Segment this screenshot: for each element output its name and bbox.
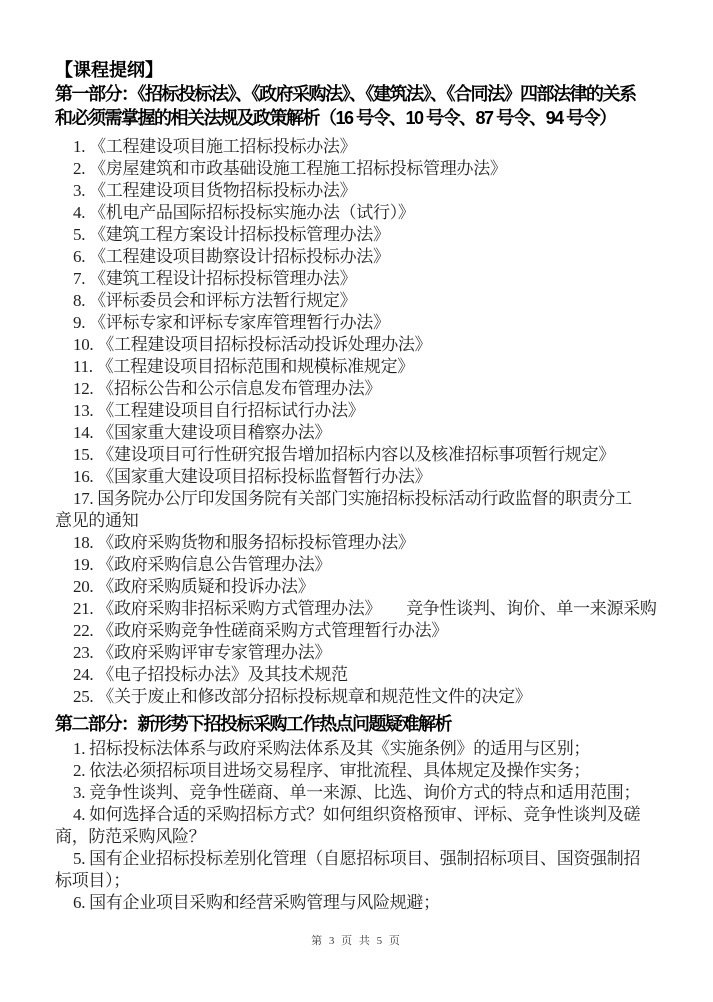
list-item-line: 12. 《招标公告和公示信息发布管理办法》 [55, 378, 661, 400]
list-item-line: 16. 《国家重大建设项目招标投标监督暂行办法》 [55, 466, 661, 488]
list-item-line: 10. 《工程建设项目招标投标活动投诉处理办法》 [55, 334, 661, 356]
document-page: 【课程提纲】 第一部分：《招标投标法》、《政府采购法》、《建筑法》、《合同法》四… [0, 0, 713, 1002]
part2-list: 1. 招标投标法体系与政府采购法体系及其《实施条例》的适用与区别；2. 依法必须… [55, 738, 661, 914]
list-item-line: 11. 《工程建设项目招标范围和规模标准规定》 [55, 356, 661, 378]
list-item-line: 标项目）； [55, 870, 661, 892]
list-item-line: 6. 国有企业项目采购和经营采购管理与风险规避； [55, 892, 661, 914]
list-item-line: 5. 《建筑工程方案设计招标投标管理办法》 [55, 224, 661, 246]
list-item-line: 18. 《政府采购货物和服务招标投标管理办法》 [55, 532, 661, 554]
list-item-line: 8. 《评标委员会和评标方法暂行规定》 [55, 290, 661, 312]
list-item-line: 5. 国有企业招标投标差别化管理（自愿招标项目、强制招标项目、国资强制招 [55, 848, 661, 870]
list-item-line: 4. 《机电产品国际招标投标实施办法（试行）》 [55, 202, 661, 224]
list-item-line: 2. 《房屋建筑和市政基础设施工程施工招标投标管理办法》 [55, 158, 661, 180]
list-item-line: 13. 《工程建设项目自行招标试行办法》 [55, 400, 661, 422]
list-item-line: 1. 《工程建设项目施工招标投标办法》 [55, 136, 661, 158]
list-item-line: 24. 《电子招投标办法》及其技术规范 [55, 664, 661, 686]
list-item-line: 21. 《政府采购非招标采购方式管理办法》 竞争性谈判、询价、单一来源采购 [55, 598, 661, 620]
page-content: 【课程提纲】 第一部分：《招标投标法》、《政府采购法》、《建筑法》、《合同法》四… [55, 58, 661, 914]
list-item-line: 9. 《评标专家和评标专家库管理暂行办法》 [55, 312, 661, 334]
page-number-label: 第 3 页 共 5 页 [311, 935, 402, 947]
list-item-line: 7. 《建筑工程设计招标投标管理办法》 [55, 268, 661, 290]
list-item-line: 商，防范采购风险？ [55, 826, 661, 848]
list-item-line: 17. 国务院办公厅印发国务院有关部门实施招标投标活动行政监督的职责分工 [55, 488, 661, 510]
list-item-line: 25. 《关于废止和修改部分招标投标规章和规范性文件的决定》 [55, 686, 661, 708]
list-item-line: 意见的通知 [55, 510, 661, 532]
list-item-line: 23. 《政府采购评审专家管理办法》 [55, 642, 661, 664]
list-item-line: 4. 如何选择合适的采购招标方式？如何组织资格预审、评标、竞争性谈判及磋 [55, 804, 661, 826]
list-item-line: 3. 竞争性谈判、竞争性磋商、单一来源、比选、询价方式的特点和适用范围； [55, 782, 661, 804]
part1-list: 1. 《工程建设项目施工招标投标办法》2. 《房屋建筑和市政基础设施工程施工招标… [55, 136, 661, 708]
list-item-line: 22. 《政府采购竞争性磋商采购方式管理暂行办法》 [55, 620, 661, 642]
part1-heading-line: 和必须需掌握的相关法规及政策解析（16 号令、10 号令、87 号令、94 号令… [55, 106, 661, 130]
part2-heading-line: 第二部分：新形势下招投标采购工作热点问题疑难解析 [55, 712, 661, 736]
list-item-line: 15. 《建设项目可行性研究报告增加招标内容以及核准招标事项暂行规定》 [55, 444, 661, 466]
list-item-line: 6. 《工程建设项目勘察设计招标投标办法》 [55, 246, 661, 268]
page-footer: 第 3 页 共 5 页 [0, 932, 713, 948]
list-item-line: 14. 《国家重大建设项目稽察办法》 [55, 422, 661, 444]
list-item-line: 2. 依法必须招标项目进场交易程序、审批流程、具体规定及操作实务； [55, 760, 661, 782]
list-item-line: 3. 《工程建设项目货物招标投标办法》 [55, 180, 661, 202]
part1-heading-line: 第一部分：《招标投标法》、《政府采购法》、《建筑法》、《合同法》四部法律的关系 [55, 82, 661, 106]
list-item-line: 19. 《政府采购信息公告管理办法》 [55, 554, 661, 576]
part1-heading: 第一部分：《招标投标法》、《政府采购法》、《建筑法》、《合同法》四部法律的关系 … [55, 82, 661, 130]
part2-heading: 第二部分：新形势下招投标采购工作热点问题疑难解析 [55, 712, 661, 736]
list-item-line: 1. 招标投标法体系与政府采购法体系及其《实施条例》的适用与区别； [55, 738, 661, 760]
course-outline-title: 【课程提纲】 [55, 58, 661, 82]
list-item-line: 20. 《政府采购质疑和投诉办法》 [55, 576, 661, 598]
